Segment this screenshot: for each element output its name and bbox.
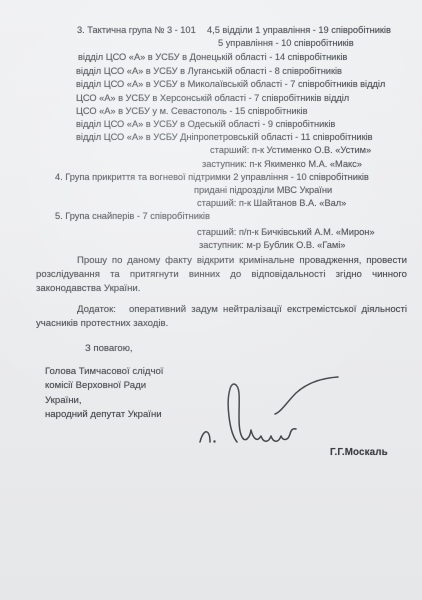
signer-title-block: Голова Тимчасової слідчої комісії Верхов… — [45, 365, 163, 422]
signer-title-line: комісії Верховної Ради — [45, 379, 163, 393]
unit-line: відділ ЦСО «А» в УСБУ Дніпропетровській … — [76, 131, 373, 144]
signer-title-line: України, — [45, 394, 163, 408]
signer-title-line: народний депутат України — [45, 408, 163, 422]
signature-flourish-arc — [275, 377, 338, 414]
attachment-label: Додаток: — [77, 304, 116, 315]
group4-heading: 4. Група прикриття та вогневої підтримки… — [55, 171, 369, 184]
unit-line: ЦСО «А» в УСБУ у м. Севастополь - 15 спі… — [76, 105, 308, 118]
group4-attached-units: придані підрозділи МВС України — [194, 184, 332, 197]
unit-line: відділ ЦСО «А» в УСБУ в Миколаївській об… — [76, 78, 385, 91]
group3-deputy: заступник: п-к Якименко М.А. «Макс» — [202, 158, 362, 171]
group5-senior: старший: п/п-к Бичківський А.М. «Мирон» — [197, 226, 374, 239]
group3-detail-2: 5 управління - 10 співробітників — [218, 37, 354, 50]
handwritten-signature — [192, 372, 347, 452]
unit-line: відділ ЦСО «А» в УСБУ в Луганській облас… — [76, 65, 342, 78]
unit-line: відділ ЦСО «А» в УСБУ в Донецькій област… — [78, 51, 347, 64]
unit-line: відділ ЦСО «А» в УСБУ в Одеській області… — [76, 118, 335, 131]
request-paragraph: Прошу по даному факту відкрити криміналь… — [36, 254, 407, 297]
group5-deputy: заступник: м-р Бублик О.В. «Гамі» — [199, 239, 345, 252]
group3-detail-1: 4,5 відділи 1 управління - 19 співробітн… — [207, 24, 391, 37]
group4-senior: старший: п-к Шайтанов В.А. «Вал» — [197, 197, 346, 210]
group3-senior: старший: п-к Устименко О.В. «Устим» — [210, 144, 371, 157]
attachment-line: учасників протестних заходів. — [36, 317, 407, 331]
signer-name: Г.Г.Москаль — [330, 446, 388, 459]
attachment-line: Додаток:оперативний задум нейтралізації … — [36, 303, 407, 317]
signature-scribble — [228, 384, 296, 442]
document-page: 3. Тактична група № 3 - 101 4,5 відділи … — [0, 0, 422, 600]
attachment-text: оперативний задум нейтралізації екстремі… — [129, 304, 407, 315]
group3-heading: 3. Тактична група № 3 - 101 — [77, 24, 196, 37]
request-paragraph-line: законодавства України. — [36, 282, 407, 296]
signer-title-line: Голова Тимчасової слідчої — [45, 365, 163, 379]
closing-salutation: З повагою, — [85, 342, 133, 355]
unit-line: ЦСО «А» в УСБУ в Херсонській області - 7… — [76, 92, 349, 105]
signature-period-dot — [213, 440, 215, 442]
signature-initial — [200, 432, 210, 442]
attachment-note: Додаток:оперативний задум нейтралізації … — [36, 303, 407, 330]
request-paragraph-line: Прошу по даному факту відкрити криміналь… — [36, 254, 407, 268]
request-paragraph-line: розслідування та притягнути винних до ві… — [36, 268, 407, 282]
group5-heading: 5. Група снайперів - 7 співробітників — [55, 210, 210, 223]
